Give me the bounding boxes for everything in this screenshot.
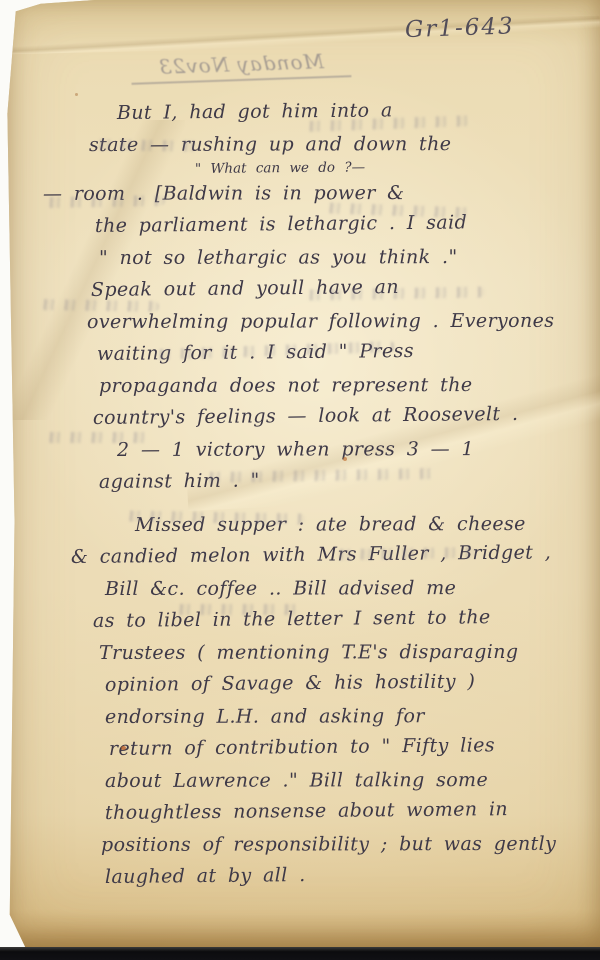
manuscript-line: the parliament is lethargic . I said (95, 206, 552, 242)
manuscript-line: thoughtless nonsense about women in (105, 793, 552, 829)
manuscript-line: & candied melon with Mrs Fuller , Bridge… (71, 536, 552, 573)
manuscript-line: about Lawrence ." Bill talking some (105, 764, 552, 797)
bleedthrough-line (95, 139, 205, 152)
scanner-background: Gr1-643 Monday Nov23 But I, had got him … (0, 0, 600, 960)
foxing-speck (75, 93, 78, 96)
manuscript-line: 2 — 1 victory when press 3 — 1 (117, 433, 552, 466)
manuscript-line: country's feelings — look at Roosevelt . (93, 398, 552, 434)
bleedthrough-line (45, 195, 165, 208)
bleedthrough-header: Monday Nov23 (131, 48, 352, 85)
manuscript-line: positions of responsibility ; but was ge… (101, 828, 552, 861)
scanner-strip-bottom (0, 947, 600, 960)
manuscript-line: endorsing L.H. and asking for (105, 700, 552, 733)
foxing-speck (343, 457, 347, 461)
manuscript-line: as to libel in the letter I sent to the (93, 601, 552, 637)
bleedthrough-line (39, 299, 159, 312)
manuscript-page: Gr1-643 Monday Nov23 But I, had got him … (5, 0, 600, 947)
manuscript-line: Bill &c. coffee .. Bill advised me (105, 572, 552, 605)
archive-mark: Gr1-643 (405, 11, 586, 43)
manuscript-line: opinion of Savage & his hostility ) (105, 665, 552, 701)
foxing-speck (121, 746, 126, 750)
bleedthrough-line (45, 432, 155, 443)
manuscript-line: return of contribution to " Fifty lies (109, 729, 552, 765)
bleedthrough-line (175, 604, 305, 615)
manuscript-text: But I, had got him into astate — rushing… (77, 97, 552, 893)
manuscript-line: " not so lethargic as you think ." (99, 241, 552, 274)
manuscript-line: Trustees ( mentioning T.E's disparaging (99, 636, 552, 669)
manuscript-line: " What can we do ?— (195, 158, 552, 178)
manuscript-line: propaganda does not represent the (99, 369, 552, 402)
manuscript-line: laughed at by all . (105, 857, 552, 893)
